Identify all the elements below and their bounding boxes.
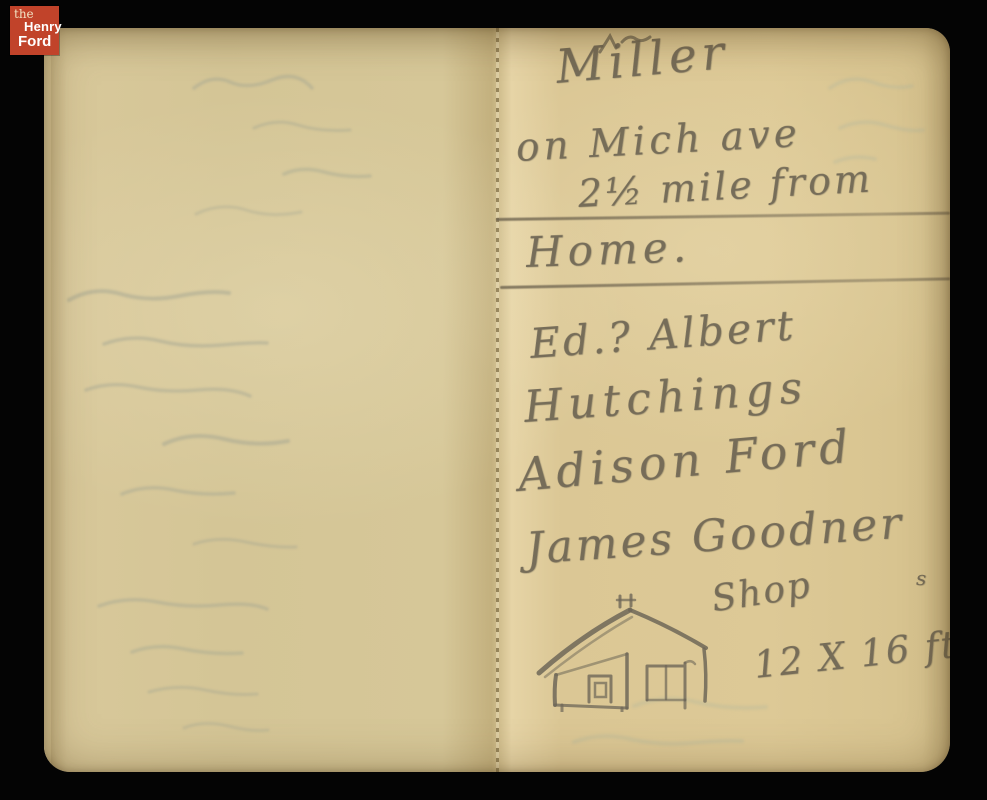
handwriting-person-2: Hutchings [522, 362, 809, 433]
pencil-rule-1 [496, 212, 950, 221]
handwriting-stray-s: s [916, 566, 926, 590]
handwriting-person-3: Adison Ford [516, 419, 856, 502]
handwriting-person-1: Ed.? Albert [528, 301, 797, 367]
logo-ford: Ford [18, 33, 51, 50]
handwriting-home: Home. [525, 222, 692, 277]
binding-perforation [496, 28, 499, 772]
shop-sketch [534, 592, 732, 712]
pencil-rule-2 [500, 277, 950, 289]
notebook-spread: Miller on Mich ave 2½ mile from Home. Ed… [44, 28, 950, 772]
faint-handwriting [44, 28, 497, 772]
henry-ford-logo: the Henry Ford [10, 6, 59, 55]
page-stack-edge [44, 33, 51, 767]
handwriting-person-4: James Goodner [524, 498, 906, 575]
photo-background: the Henry Ford [0, 0, 987, 800]
handwriting-dimensions: 12 X 16 ft [752, 623, 950, 687]
logo-henry: Henry [24, 19, 62, 34]
caret-mark [596, 30, 660, 58]
